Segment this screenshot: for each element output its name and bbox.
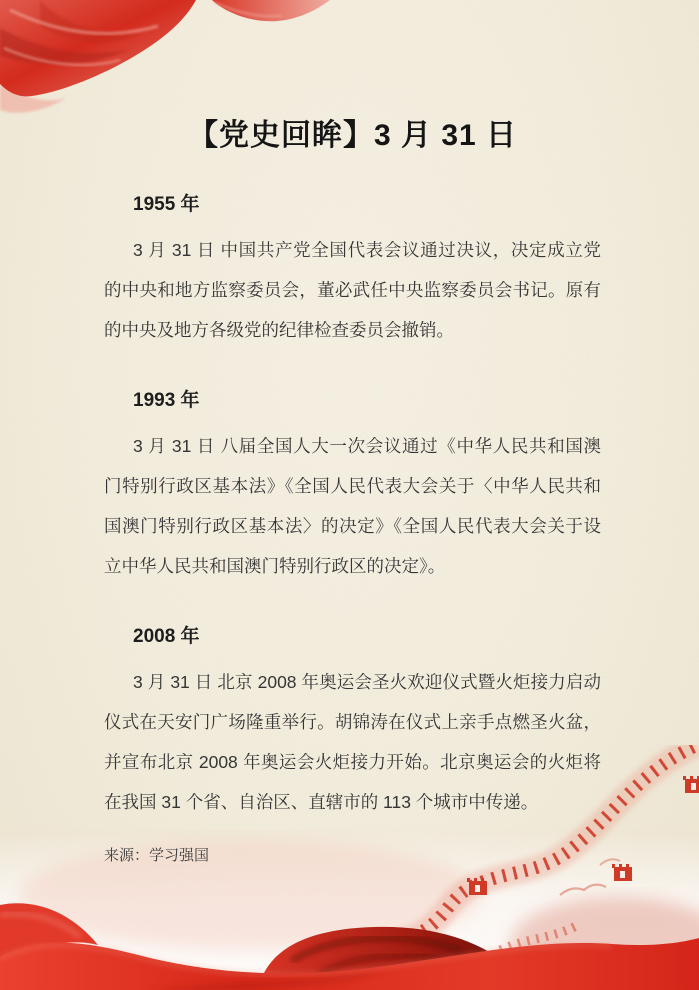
year-heading-2008: 2008 年: [133, 624, 601, 650]
section-2008: 2008 年 3 月 31 日 北京 2008 年奥运会圣火欢迎仪式暨火炬接力启…: [104, 624, 601, 822]
section-paragraph-2008: 3 月 31 日 北京 2008 年奥运会圣火欢迎仪式暨火炬接力启动仪式在天安门…: [104, 662, 601, 822]
section-paragraph-1993: 3 月 31 日 八届全国人大一次会议通过《中华人民共和国澳门特别行政区基本法》…: [104, 426, 601, 586]
year-heading-1993: 1993 年: [133, 388, 601, 414]
year-heading-1955: 1955 年: [133, 192, 601, 218]
section-1993: 1993 年 3 月 31 日 八届全国人大一次会议通过《中华人民共和国澳门特别…: [104, 388, 601, 586]
section-1955: 1955 年 3 月 31 日 中国共产党全国代表会议通过决议，决定成立党的中央…: [104, 192, 601, 350]
article: 【党史回眸】3 月 31 日 1955 年 3 月 31 日 中国共产党全国代表…: [104, 0, 601, 866]
red-ribbon-bottom-decoration: [0, 903, 699, 990]
document-page: 【党史回眸】3 月 31 日 1955 年 3 月 31 日 中国共产党全国代表…: [0, 0, 699, 990]
section-paragraph-1955: 3 月 31 日 中国共产党全国代表会议通过决议，决定成立党的中央和地方监察委员…: [104, 230, 601, 350]
page-title: 【党史回眸】3 月 31 日: [104, 110, 601, 154]
source-attribution: 来源：学习强国: [104, 846, 601, 866]
